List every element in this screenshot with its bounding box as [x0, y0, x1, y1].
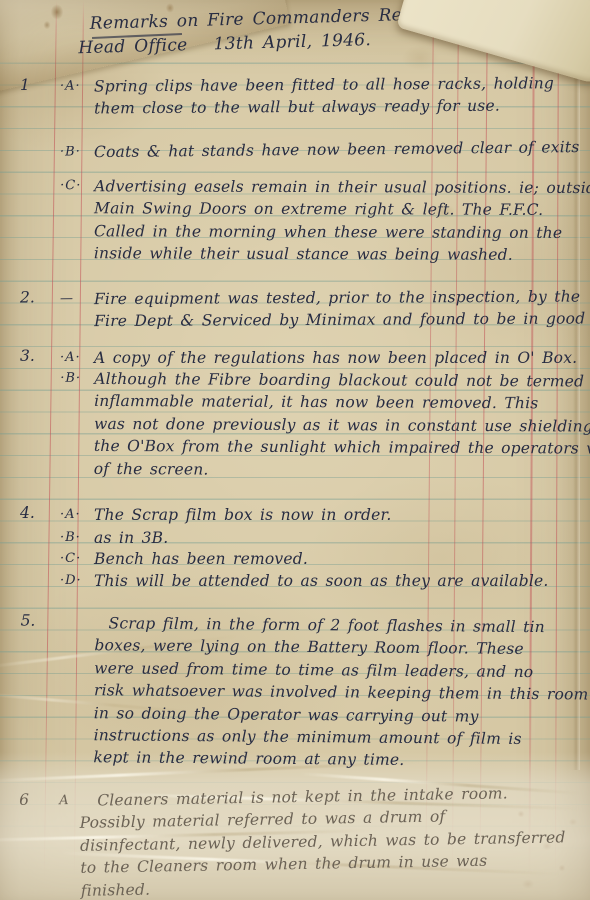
- handwritten-line: them close to the wall but always ready …: [94, 94, 588, 120]
- handwritten-line: Although the Fibre boarding blackout cou…: [94, 368, 588, 393]
- item-5-row: 5. Scrap film, in the form of 2 foot fla…: [11, 611, 588, 773]
- item-1-row-a: 1 ·A· Spring clips have been fitted to a…: [12, 72, 588, 121]
- item-number: 3.: [12, 347, 60, 365]
- handwritten-line: A copy of the regulations has now been p…: [94, 347, 588, 369]
- handwritten-line: Coats & hat stands have now been removed…: [94, 136, 588, 164]
- handwritten-line: kept in the rewind room at any time.: [93, 747, 587, 774]
- item-4-row-c: ·C· Bench has been removed.: [12, 548, 588, 570]
- item-marker: ·D·: [60, 570, 94, 588]
- item-marker: ·A·: [60, 504, 94, 522]
- handwritten-line: the O'Box from the sunlight which impair…: [94, 435, 588, 460]
- item-marker: A: [59, 790, 93, 809]
- handwritten-line: The Scrap film box is now in order.: [94, 504, 588, 526]
- page-title: Remarks on Fire Commanders Report Head O…: [89, 2, 440, 60]
- item-marker: ·C·: [60, 175, 94, 193]
- item-4-row-b: ·B· as in 3B.: [12, 527, 588, 549]
- handwritten-line: was not done previously as it was in con…: [94, 413, 588, 438]
- item-number: [12, 142, 60, 143]
- item-2-row: 2. — Fire equipment was tested, prior to…: [12, 285, 588, 333]
- item-marker: —: [60, 288, 94, 306]
- handwritten-line: Called in the morning when these were st…: [94, 220, 588, 244]
- handwritten-line: inflammable material, it has now been re…: [94, 390, 588, 415]
- item-marker: ·B·: [60, 368, 94, 386]
- item-3-row-a: 3. ·A· A copy of the regulations has now…: [12, 347, 588, 369]
- handwritten-line: Fire equipment was tested, prior to the …: [94, 285, 588, 310]
- item-number: 5.: [13, 611, 61, 629]
- item-marker: ·A·: [60, 75, 94, 93]
- item-1-row-b: ·B· Coats & hat stands have now been rem…: [12, 136, 588, 164]
- handwritten-line: Bench has been removed.: [94, 548, 588, 570]
- handwritten-line: Fire Dept & Serviced by Minimax and foun…: [94, 308, 588, 333]
- item-4-row-d: ·D· This will be attended to as soon as …: [12, 570, 588, 592]
- handwritten-content: Remarks on Fire Commanders Report Head O…: [0, 0, 590, 900]
- item-marker: ·A·: [60, 347, 94, 365]
- item-number: 4.: [12, 504, 60, 522]
- handwritten-line: Advertising easels remain in their usual…: [94, 175, 588, 199]
- item-marker: ·B·: [60, 527, 94, 545]
- handwritten-line: Spring clips have been fitted to all hos…: [94, 72, 588, 98]
- item-number: 6: [11, 790, 59, 809]
- handwritten-line: of the screen.: [94, 458, 588, 483]
- item-marker: ·C·: [60, 548, 94, 566]
- document-page: Remarks on Fire Commanders Report Head O…: [0, 0, 590, 900]
- item-number: 1: [12, 76, 60, 94]
- item-1-row-c: ·C· Advertising easels remain in their u…: [12, 175, 588, 267]
- handwritten-line: inside while their usual stance was bein…: [94, 242, 588, 266]
- handwritten-line: This will be attended to as soon as they…: [94, 570, 588, 592]
- item-marker: [61, 612, 95, 615]
- handwritten-line: Main Swing Doors on extreme right & left…: [94, 198, 588, 222]
- item-6-row: 6 A Cleaners material is not kept in the…: [11, 781, 589, 900]
- item-3-row-b: ·B· Although the Fibre boarding blackout…: [12, 367, 589, 482]
- handwritten-line: as in 3B.: [94, 527, 588, 549]
- item-marker: ·B·: [60, 141, 94, 159]
- item-4-row-a: 4. ·A· The Scrap film box is now in orde…: [12, 504, 588, 526]
- item-number: 2.: [12, 288, 60, 306]
